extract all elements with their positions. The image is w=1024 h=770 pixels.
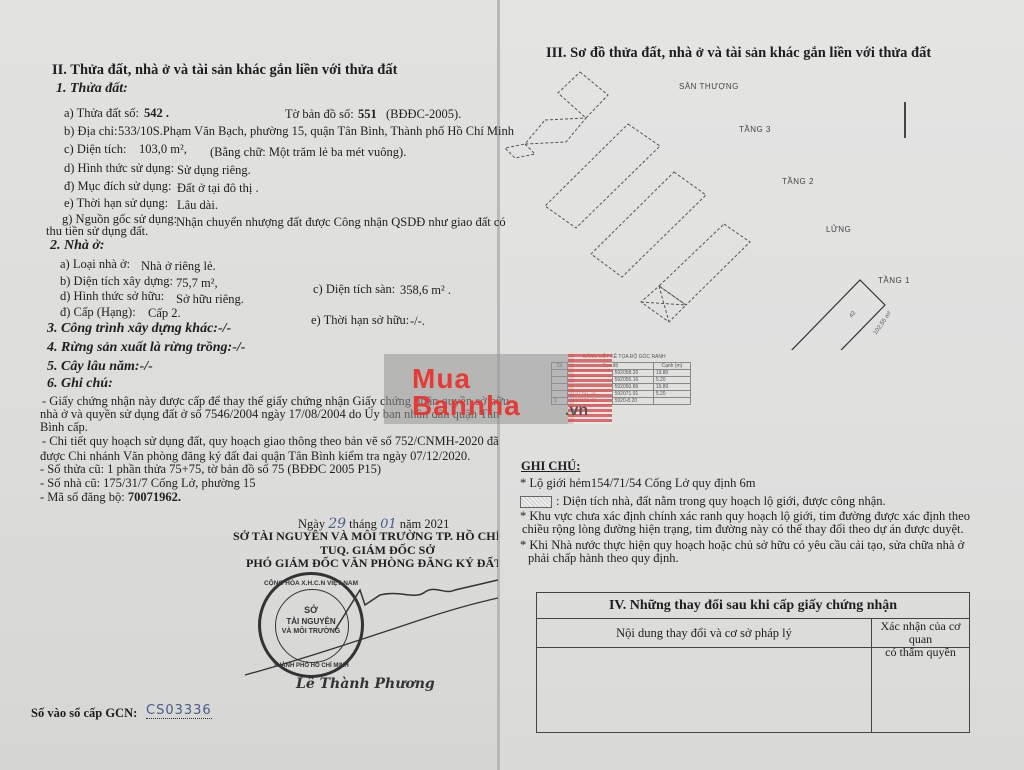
authority-line-3: PHÓ GIÁM ĐỐC VĂN PHÒNG ĐĂNG KÝ ĐẤT ĐAI [246, 556, 498, 571]
land-heading: 1. Thửa đất: [56, 81, 128, 97]
note-line-4: - Chi tiết quy hoạch sử dụng đất, quy ho… [42, 434, 499, 449]
grade-label: đ) Cấp (Hạng): [60, 305, 136, 320]
changes-confirmation-cell [872, 648, 969, 732]
notes-heading: 6. Ghi chú: [47, 376, 113, 392]
area-words: (Bằng chữ: Một trăm lẻ ba mét vuông). [210, 145, 406, 160]
map-value: 551 [358, 107, 377, 122]
changes-table-title: IV. Những thay đổi sau khi cấp giấy chứn… [537, 593, 969, 619]
gcn-label: Số vào sổ cấp GCN: [31, 706, 137, 721]
floor-plan-diagram: 102,55 m² 42 [500, 60, 920, 350]
use-form-value: Sử dụng riêng. [177, 163, 251, 178]
build-area-value: 75,7 m², [176, 276, 218, 291]
house-type-label: a) Loại nhà ở: [60, 257, 130, 272]
right-note-2: : Diện tích nhà, đất nằm trong quy hoạch… [520, 494, 886, 509]
address-value: 533/10S.Phạm Văn Bạch, phường 15, quận T… [118, 124, 514, 139]
note-line-3: Bình cấp. [40, 420, 88, 435]
origin-value-cont: thu tiền sử dụng đất. [46, 224, 148, 239]
right-note-1: * Lộ giới hẻm154/71/54 Cống Lở quy định … [520, 476, 755, 491]
floor-label-1: TẦNG 1 [878, 276, 910, 285]
perennial-line: 5. Cây lâu năm:-/- [47, 359, 153, 375]
parcel-number-label: 42 [849, 310, 858, 319]
right-notes-heading: GHI CHÚ: [521, 459, 580, 474]
ownership-label: d) Hình thức sở hữu: [60, 289, 164, 304]
origin-value: Nhận chuyển nhượng đất được Công nhận QS… [176, 215, 506, 230]
floor-area-value: 358,6 m² . [400, 283, 451, 298]
coord-header-edge: Cạnh (m) [653, 363, 690, 370]
right-note-4: chiều rộng lòng đường hiện trạng, tim đư… [522, 522, 964, 537]
term-label: e) Thời hạn sử dụng: [64, 196, 168, 211]
use-form-label: d) Hình thức sử dụng: [64, 161, 174, 176]
purpose-value: Đất ở tại đô thị . [177, 181, 259, 196]
area-label: c) Diện tích: [64, 142, 126, 157]
house-type-value: Nhà ở riêng lẻ. [141, 259, 216, 274]
parcel-label: a) Thửa đất số: [64, 106, 139, 121]
signature-stroke [240, 570, 498, 680]
floor-label-3: TẦNG 3 [739, 125, 771, 134]
watermark-text-bannha: Bannha [412, 390, 521, 422]
ownership-value: Sở hữu riêng. [176, 292, 244, 307]
map-label: Tờ bản đồ số: [285, 107, 354, 122]
changes-table: IV. Những thay đổi sau khi cấp giấy chứn… [536, 592, 970, 733]
map-suffix: (BĐĐC-2005). [386, 107, 461, 122]
own-term-value: -/-. [410, 314, 425, 329]
build-area-label: b) Diện tích xây dựng: [60, 274, 173, 289]
gcn-value: CS03336 [146, 703, 212, 719]
changes-content-cell [537, 648, 872, 732]
signer-name: Lê Thành Phương [296, 676, 435, 692]
note-line-7: - Số nhà cũ: 175/31/7 Cống Lở, phường 15 [40, 476, 255, 491]
authority-line-1: SỞ TÀI NGUYÊN VÀ MÔI TRƯỜNG TP. HỒ CHÍ M… [233, 529, 498, 544]
watermark-text-vn: .vn [565, 402, 588, 420]
other-construction: 3. Công trình xây dựng khác:-/- [47, 321, 231, 337]
register-value: 70071962. [128, 490, 181, 504]
address-label: b) Địa chỉ: [64, 124, 117, 139]
own-term-label: e) Thời hạn sở hữu: [311, 313, 409, 328]
area-value: 103,0 m², [139, 142, 187, 157]
right-note-6: phải chấp hành theo quy định. [528, 551, 679, 566]
house-heading: 2. Nhà ở: [50, 238, 105, 254]
floor-label-rooftop: SÂN THƯỢNG [679, 82, 739, 91]
grade-value: Cấp 2. [148, 306, 181, 321]
floor-area-label: c) Diện tích sàn: [313, 282, 395, 297]
changes-col-content: Nội dung thay đổi và cơ sở pháp lý [537, 619, 872, 647]
hatched-legend-icon [520, 496, 552, 508]
section-ii-title: II. Thửa đất, nhà ở và tài sản khác gắn … [52, 62, 397, 79]
parcel-value: 542 . [144, 106, 169, 121]
forest-line: 4. Rừng sản xuất là rừng trồng:-/- [47, 340, 245, 356]
purpose-label: đ) Mục đích sử dụng: [64, 179, 171, 194]
changes-col-confirmation: Xác nhận của cơ quan có thẩm quyền [872, 619, 969, 647]
register-line: - Mã số đăng bộ: 70071962. [40, 490, 181, 505]
register-label: - Mã số đăng bộ: [40, 490, 125, 504]
note-line-6: - Số thửa cũ: 1 phần thửa 75+75, tờ bản … [40, 462, 381, 477]
legend-text: : Diện tích nhà, đất nằm trong quy hoạch… [556, 494, 886, 508]
confirmation-line-1: Xác nhận của cơ quan [872, 620, 969, 646]
floor-label-mezzanine: LỬNG [826, 225, 851, 234]
term-value: Lâu dài. [177, 198, 218, 213]
floor-label-2: TẦNG 2 [782, 177, 814, 186]
